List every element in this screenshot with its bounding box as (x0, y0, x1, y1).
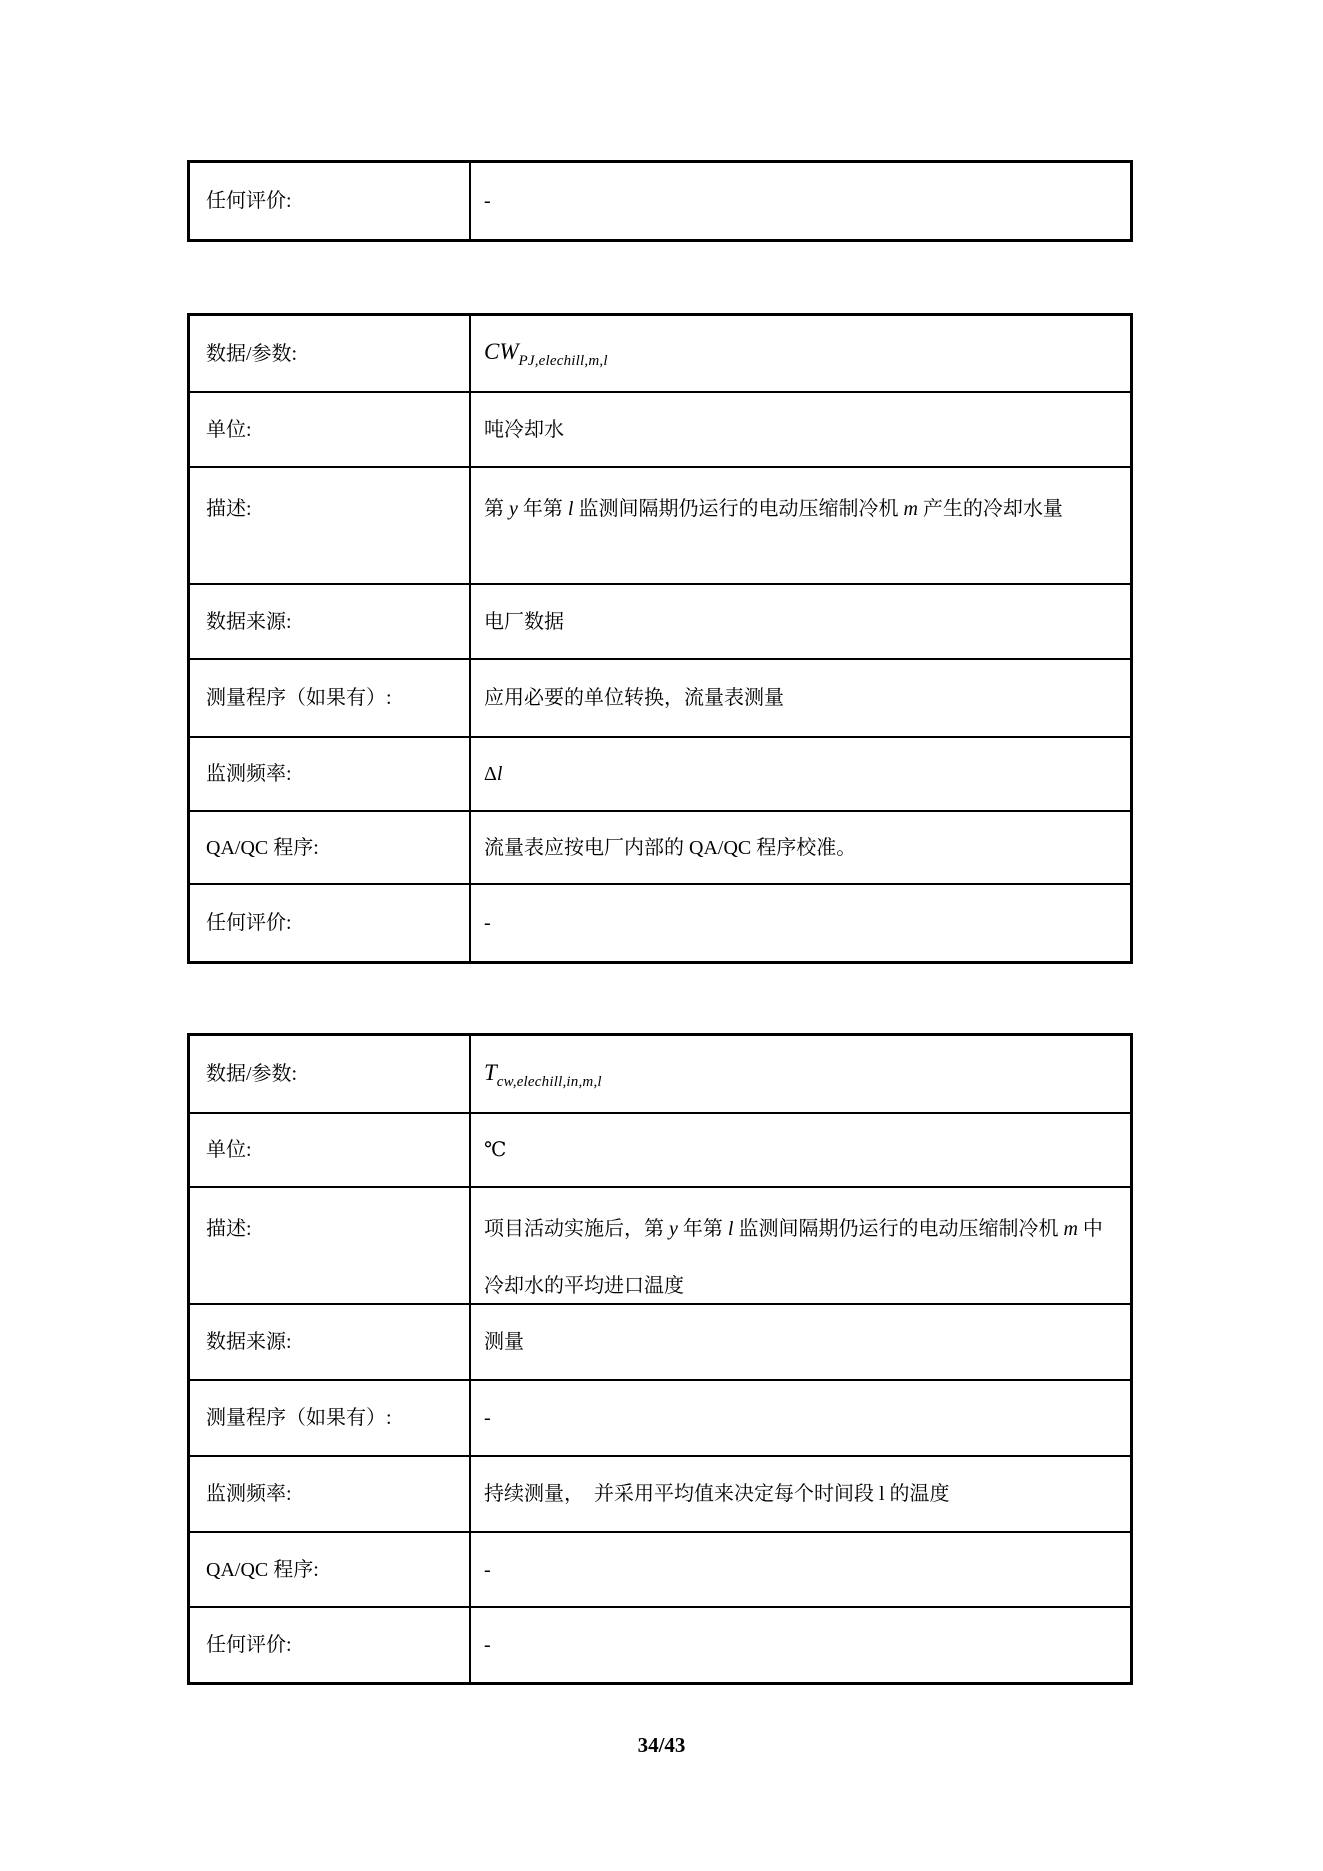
table-row: 监测频率:Δl (190, 736, 1130, 810)
text-segment: - (484, 912, 491, 934)
row-label: 任何评价: (190, 885, 471, 961)
row-value: 电厂数据 (471, 585, 1130, 658)
row-value: 第 y 年第 l 监测间隔期仍运行的电动压缩制冷机 m 产生的冷却水量 (471, 468, 1130, 583)
text-segment: 项目活动实施后，第 (484, 1218, 669, 1240)
table-any-evaluation: 任何评价:- (187, 160, 1133, 242)
row-value: - (471, 1608, 1130, 1682)
variable: y (669, 1218, 678, 1240)
row-value: 持续测量， 并采用平均值来决定每个时间段 l 的温度 (471, 1457, 1130, 1531)
row-value: - (471, 885, 1130, 961)
table-row: 数据来源:电厂数据 (190, 583, 1130, 658)
row-value: CWPJ,elechill,m,l (471, 316, 1130, 391)
row-value: 流量表应按电厂内部的 QA/QC 程序校准。 (471, 812, 1130, 883)
text-segment: - (484, 1634, 491, 1656)
text-segment: 电厂数据 (484, 611, 564, 633)
text-segment: 年第 (678, 1218, 728, 1240)
row-label: 测量程序（如果有）: (190, 1381, 471, 1455)
table-row: QA/QC 程序:流量表应按电厂内部的 QA/QC 程序校准。 (190, 810, 1130, 883)
row-label: 单位: (190, 1114, 471, 1186)
row-value-text: 应用必要的单位转换，流量表测量 (484, 683, 784, 713)
row-value-text: 电厂数据 (484, 607, 564, 637)
row-value: - (471, 1381, 1130, 1455)
table-parameter-t: 数据/参数:Tcw,elechill,in,m,l单位:℃描述:项目活动实施后，… (187, 1033, 1133, 1685)
text-segment: - (484, 190, 491, 212)
text-segment: 第 (484, 498, 509, 520)
row-value-text: 持续测量， 并采用平均值来决定每个时间段 l 的温度 (484, 1479, 950, 1509)
text-segment: 吨冷却水 (484, 419, 564, 441)
row-value-text: Tcw,elechill,in,m,l (484, 1058, 602, 1091)
row-value-text: - (484, 1630, 491, 1660)
row-value: ℃ (471, 1114, 1130, 1186)
row-label: 任何评价: (190, 163, 471, 239)
text-segment: Δ (484, 763, 497, 785)
variable: l (497, 763, 503, 785)
row-value: 测量 (471, 1305, 1130, 1379)
row-value: - (471, 1533, 1130, 1606)
table-row: 监测频率:持续测量， 并采用平均值来决定每个时间段 l 的温度 (190, 1455, 1130, 1531)
row-label: 数据来源: (190, 1305, 471, 1379)
row-label: QA/QC 程序: (190, 812, 471, 883)
row-label: 监测频率: (190, 1457, 471, 1531)
document-page: 任何评价:- 数据/参数:CWPJ,elechill,m,l单位:吨冷却水描述:… (0, 0, 1323, 1871)
text-segment: 监测间隔期仍运行的电动压缩制冷机 (573, 498, 903, 520)
text-segment: - (484, 1559, 491, 1581)
text-segment: 持续测量， 并采用平均值来决定每个时间段 l 的温度 (484, 1483, 950, 1505)
text-segment: 年第 (518, 498, 568, 520)
parameter-formula: CWPJ,elechill,m,l (484, 339, 608, 364)
table-row: 单位:℃ (190, 1112, 1130, 1186)
text-segment: 产生的冷却水量 (918, 498, 1063, 520)
row-value: 项目活动实施后，第 y 年第 l 监测间隔期仍运行的电动压缩制冷机 m 中冷却水… (471, 1188, 1130, 1303)
table-parameter-cw: 数据/参数:CWPJ,elechill,m,l单位:吨冷却水描述:第 y 年第 … (187, 313, 1133, 964)
row-value-text: 测量 (484, 1327, 524, 1357)
table-row: 数据来源:测量 (190, 1303, 1130, 1379)
row-label: 描述: (190, 1188, 471, 1303)
row-value-text: 流量表应按电厂内部的 QA/QC 程序校准。 (484, 833, 856, 863)
row-value-text: - (484, 186, 491, 216)
row-value: - (471, 163, 1130, 239)
text-segment: - (484, 1407, 491, 1429)
row-value-text: - (484, 1555, 491, 1585)
page-number: 34/43 (0, 1733, 1323, 1758)
row-label: 数据来源: (190, 585, 471, 658)
table-row: 单位:吨冷却水 (190, 391, 1130, 466)
text-segment: ℃ (484, 1139, 506, 1161)
text-segment: 监测间隔期仍运行的电动压缩制冷机 (733, 1218, 1063, 1240)
row-value: Tcw,elechill,in,m,l (471, 1036, 1130, 1112)
table-row: 描述:第 y 年第 l 监测间隔期仍运行的电动压缩制冷机 m 产生的冷却水量 (190, 466, 1130, 583)
row-value-text: CWPJ,elechill,m,l (484, 337, 608, 370)
table-row: 测量程序（如果有）:- (190, 1379, 1130, 1455)
table-row: 任何评价:- (190, 1606, 1130, 1682)
table-row: 任何评价:- (190, 883, 1130, 961)
row-value-text: Δl (484, 759, 502, 789)
text-segment: 应用必要的单位转换，流量表测量 (484, 687, 784, 709)
row-value-text: 项目活动实施后，第 y 年第 l 监测间隔期仍运行的电动压缩制冷机 m 中冷却水… (484, 1201, 1104, 1315)
row-label: 单位: (190, 393, 471, 466)
row-label: 测量程序（如果有）: (190, 660, 471, 736)
table-row: QA/QC 程序:- (190, 1531, 1130, 1606)
row-label: 数据/参数: (190, 316, 471, 391)
variable: y (509, 498, 518, 520)
variable: m (1063, 1218, 1077, 1240)
row-value: 吨冷却水 (471, 393, 1130, 466)
row-value: Δl (471, 738, 1130, 810)
row-label: 监测频率: (190, 738, 471, 810)
row-label: 任何评价: (190, 1608, 471, 1682)
row-value-text: 第 y 年第 l 监测间隔期仍运行的电动压缩制冷机 m 产生的冷却水量 (484, 481, 1063, 538)
row-value-text: - (484, 908, 491, 938)
row-label: 描述: (190, 468, 471, 583)
row-value-text: - (484, 1403, 491, 1433)
table-row: 任何评价:- (190, 163, 1130, 239)
text-segment: 流量表应按电厂内部的 QA/QC 程序校准。 (484, 837, 856, 859)
row-value-text: 吨冷却水 (484, 415, 564, 445)
row-value-text: ℃ (484, 1135, 506, 1165)
text-segment: 测量 (484, 1331, 524, 1353)
parameter-formula: Tcw,elechill,in,m,l (484, 1060, 602, 1085)
row-value: 应用必要的单位转换，流量表测量 (471, 660, 1130, 736)
row-label: 数据/参数: (190, 1036, 471, 1112)
table-row: 数据/参数:CWPJ,elechill,m,l (190, 316, 1130, 391)
table-row: 数据/参数:Tcw,elechill,in,m,l (190, 1036, 1130, 1112)
variable: m (903, 498, 917, 520)
row-label: QA/QC 程序: (190, 1533, 471, 1606)
table-row: 测量程序（如果有）:应用必要的单位转换，流量表测量 (190, 658, 1130, 736)
table-row: 描述:项目活动实施后，第 y 年第 l 监测间隔期仍运行的电动压缩制冷机 m 中… (190, 1186, 1130, 1303)
